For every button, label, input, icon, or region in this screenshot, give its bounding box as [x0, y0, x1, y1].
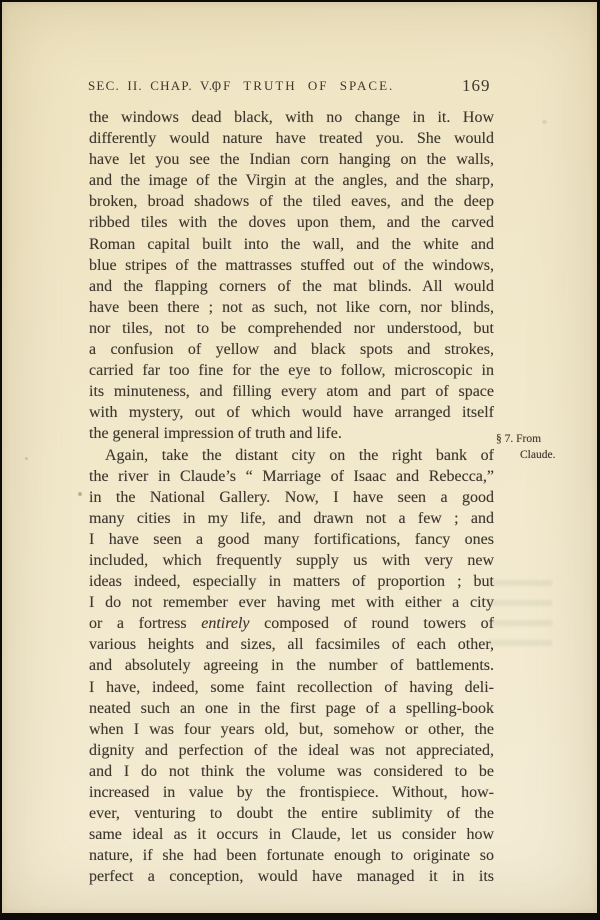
- text-line: dignity and perfection of the ideal was …: [89, 740, 494, 761]
- text-line: nature, if she had been fortunate enough…: [89, 845, 494, 866]
- text-line: have let you see the Indian corn hanging…: [89, 149, 494, 170]
- text-line: I do not remember ever having met with e…: [89, 592, 494, 613]
- page-number: 169: [462, 76, 491, 96]
- text-line: Again, take the distant city on the righ…: [89, 445, 494, 466]
- text-line: increased in value by the frontispiece. …: [89, 782, 494, 803]
- text-line: carried far too fine for the eye to foll…: [89, 360, 494, 381]
- scan-speck-artifact: [25, 457, 28, 460]
- text-line: the windows dead black, with no change i…: [89, 107, 494, 128]
- text-line: and the flapping corners of the mat blin…: [89, 276, 494, 297]
- running-title-chapter: OF TRUTH OF SPACE.: [212, 78, 395, 94]
- show-through-artifact: [488, 574, 552, 652]
- text-line: included, which frequently supply us wit…: [89, 550, 494, 571]
- text-line: perfect a conception, would have managed…: [89, 866, 494, 887]
- scan-speck-artifact: [78, 492, 82, 496]
- text-line: and absolutely agreeing in the number of…: [89, 655, 494, 676]
- text-line: the general impression of truth and life…: [89, 423, 494, 444]
- running-title-section: SEC. II. CHAP. V.]: [88, 78, 219, 94]
- paper-page: SEC. II. CHAP. V.] OF TRUTH OF SPACE. 16…: [2, 2, 597, 913]
- text-line: ideas indeed, especially in matters of p…: [89, 571, 494, 592]
- text-line: its minuteness, and filling every atom a…: [89, 381, 494, 402]
- text-line: neated such an one in the first page of …: [89, 698, 494, 719]
- text-line: various heights and sizes, all facsimile…: [89, 634, 494, 655]
- scanned-book-page: { "colors": { "paper": "#f1e7c9", "ink":…: [0, 0, 600, 920]
- body-text: the windows dead black, with no change i…: [89, 107, 494, 887]
- text-line: and the image of the Virgin at the angle…: [89, 170, 494, 191]
- text-line: same ideal as it occurs in Claude, let u…: [89, 824, 494, 845]
- text-line: I have, indeed, some faint recollection …: [89, 677, 494, 698]
- text-line: when I was four years old, but, somehow …: [89, 719, 494, 740]
- text-line: blue stripes of the mattrasses stuffed o…: [89, 255, 494, 276]
- text-line: Roman capital built into the wall, and t…: [89, 234, 494, 255]
- text-line: many cities in my life, and drawn not a …: [89, 508, 494, 529]
- text-line: a confusion of yellow and black spots an…: [89, 339, 494, 360]
- text-line: and I do not think the volume was consid…: [89, 761, 494, 782]
- text-line: with mystery, out of which would have ar…: [89, 402, 494, 423]
- margin-note-line: Claude.: [520, 448, 596, 464]
- page-header: SEC. II. CHAP. V.] OF TRUTH OF SPACE. 16…: [2, 76, 597, 96]
- text-line: in the National Gallery. Now, I have see…: [89, 487, 494, 508]
- text-line: or a fortress entirely composed of round…: [89, 613, 494, 634]
- text-line: I have seen a good many fortifications, …: [89, 529, 494, 550]
- text-line: differently would nature have treated yo…: [89, 128, 494, 149]
- scan-speck-artifact: [542, 120, 547, 124]
- text-line: have been there ; not as such, not like …: [89, 297, 494, 318]
- text-line: ribbed tiles with the doves upon them, a…: [89, 212, 494, 233]
- text-line: nor tiles, not to be comprehended nor un…: [89, 318, 494, 339]
- margin-note-line: § 7. From: [496, 432, 596, 448]
- text-line: broken, broad shadows of the tiled eaves…: [89, 191, 494, 212]
- text-line: the river in Claude’s “ Marriage of Isaa…: [89, 466, 494, 487]
- margin-note: § 7. From Claude.: [496, 432, 596, 463]
- text-line: ever, venturing to doubt the entire subl…: [89, 803, 494, 824]
